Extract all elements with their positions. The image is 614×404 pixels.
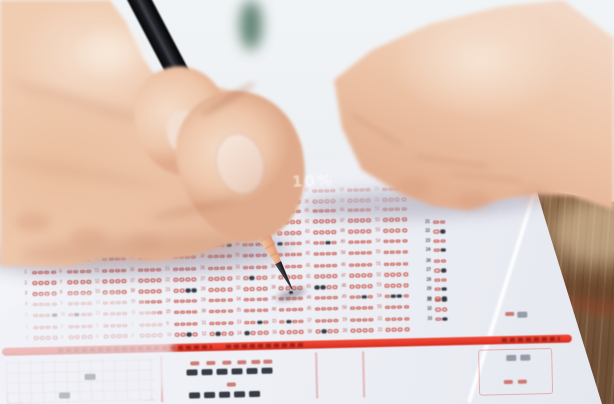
writing-grid — [6, 358, 155, 403]
finger-gap-shadow — [520, 186, 550, 202]
mark — [263, 360, 272, 364]
thumbnail — [209, 128, 271, 200]
mark — [222, 361, 231, 365]
mark — [504, 380, 513, 384]
pencil-grip — [0, 0, 340, 280]
column-divider — [315, 353, 318, 399]
mark — [201, 369, 212, 375]
finger-gap-shadow — [398, 178, 430, 196]
mark — [227, 382, 236, 386]
column-divider — [160, 356, 163, 402]
mark — [505, 312, 514, 316]
mark — [234, 391, 245, 397]
mark — [261, 368, 272, 374]
right-hand-skin — [320, 0, 614, 215]
right-hand — [320, 0, 614, 215]
mark — [190, 361, 199, 365]
mark — [237, 360, 246, 364]
mark — [219, 392, 230, 398]
mark — [249, 391, 260, 397]
mark — [85, 374, 96, 380]
mark — [206, 361, 215, 365]
mark — [518, 380, 527, 384]
photo-scene: 1357911131517192124681012141618202216111… — [0, 0, 614, 404]
mark — [216, 369, 227, 375]
mark — [506, 355, 516, 361]
finger-gap-shadow — [458, 192, 490, 210]
mark — [517, 312, 527, 318]
watermark: 10% — [292, 171, 335, 190]
column-divider — [362, 351, 365, 397]
mark — [520, 355, 530, 361]
mark — [231, 368, 242, 374]
mark — [204, 392, 215, 398]
mark — [59, 392, 70, 398]
mark — [246, 368, 257, 374]
mark — [251, 360, 260, 364]
mark — [189, 392, 200, 398]
mark — [186, 369, 197, 375]
